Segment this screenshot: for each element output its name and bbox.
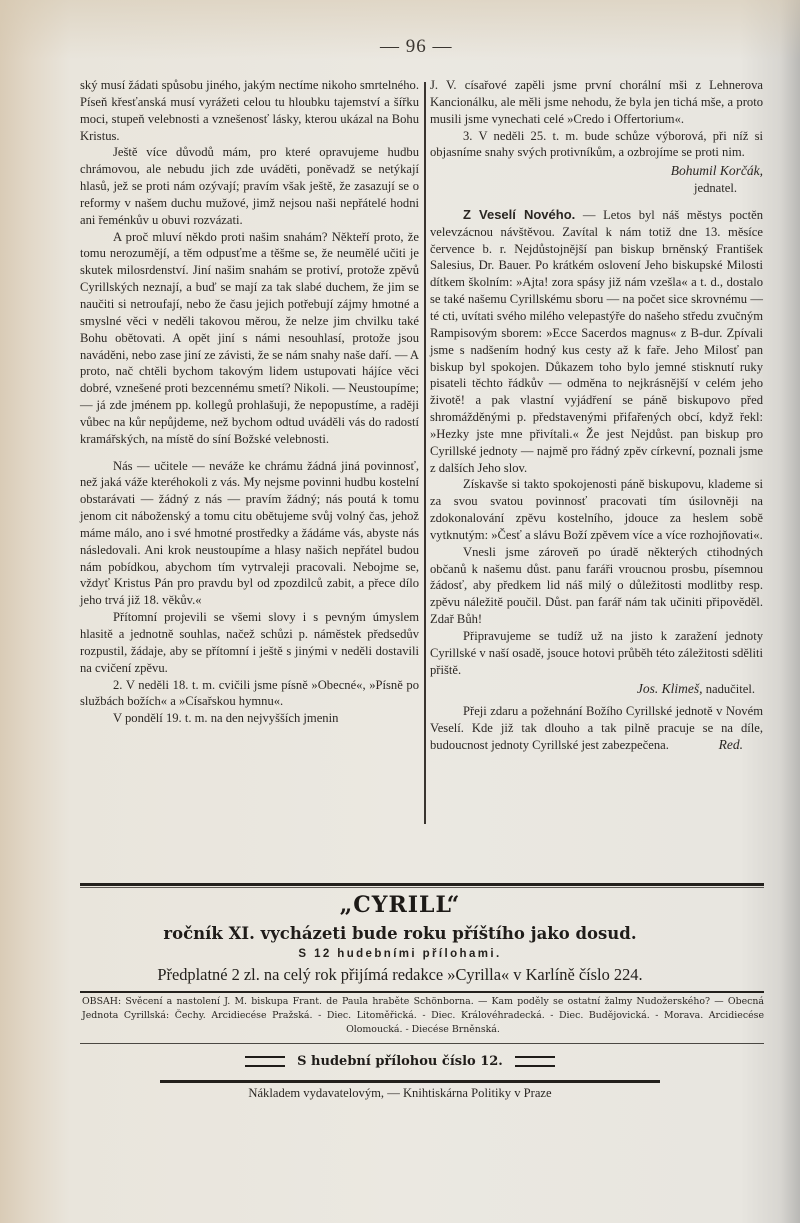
separator-rule <box>80 1043 764 1044</box>
separator-rule <box>80 883 764 886</box>
section-text: — Letos byl náš městys poctěn velevzácno… <box>430 208 763 475</box>
paragraph: J. V. císařové zapěli jsme první choráln… <box>430 77 763 128</box>
subscription-info: Předplatné 2 zl. na celý rok přijímá red… <box>0 965 800 985</box>
section-paragraph: Z Veselí Nového. — Letos byl náš městys … <box>430 207 763 477</box>
right-column: J. V. císařové zapěli jsme první choráln… <box>430 77 763 754</box>
signature-klimes: Jos. Klimeš, nadučitel. <box>430 681 763 698</box>
left-column: ský musí žádati spůsobu jiného, jakým ne… <box>80 77 419 727</box>
signature-name: Jos. Klimeš, <box>637 681 703 696</box>
section-title: Z Veselí Nového. <box>463 207 575 222</box>
paragraph: 3. V neděli 25. t. m. bude schůze výboro… <box>430 128 763 162</box>
paragraph: Přítomní projevili se všemi slovy i s pe… <box>80 609 419 676</box>
double-line-ornament <box>515 1056 555 1067</box>
separator-rule <box>160 1080 660 1083</box>
supplement-text: S hudební přílohou číslo 12. <box>297 1054 503 1069</box>
signature-role: nadučitel. <box>706 682 755 696</box>
paragraph: V pondělí 19. t. m. na den nejvyšších jm… <box>80 710 419 727</box>
signature-name: Bohumil Korčák, <box>430 163 763 180</box>
imprint: Nákladem vydavatelovým, — Knihtiskárna P… <box>0 1086 800 1101</box>
paragraph: Nás — učitele — neváže ke chrámu žádná j… <box>80 458 419 610</box>
announcement-title: „CYRILL“ <box>0 892 800 918</box>
column-divider <box>424 82 426 824</box>
separator-rule <box>80 991 764 993</box>
closing-signature: Red. <box>686 737 763 754</box>
double-line-ornament <box>245 1056 285 1067</box>
paragraph: Ještě více důvodů mám, pro které opravuj… <box>80 144 419 228</box>
separator-rule <box>80 887 764 888</box>
page-number: — 96 — <box>380 36 470 58</box>
closing-paragraph: Přeji zdaru a požehnání Božího Cyrillské… <box>430 703 763 754</box>
announcement-subline: S 12 hudebními přílohami. <box>0 948 800 960</box>
signature-role: jednatel. <box>430 180 763 197</box>
supplement-notice: S hudební přílohou číslo 12. <box>0 1054 800 1069</box>
paragraph: Získavše si takto spokojenosti páně bisk… <box>430 476 763 543</box>
signature-korcak: Bohumil Korčák, jednatel. <box>430 163 763 197</box>
paragraph: Připravujeme se tudíž už na jisto k zara… <box>430 628 763 679</box>
paragraph: Vnesli jsme zároveň po úradě některých c… <box>430 544 763 628</box>
paragraph: ský musí žádati spůsobu jiného, jakým ne… <box>80 77 419 144</box>
paragraph: A proč mluví někdo proti našim snahám? N… <box>80 229 419 448</box>
table-of-contents: OBSAH: Svěcení a nastolení J. M. biskupa… <box>82 995 764 1037</box>
announcement-line: ročník XI. vycházeti bude roku příštího … <box>0 924 800 943</box>
paragraph: 2. V neděli 18. t. m. cvičili jsme písně… <box>80 677 419 711</box>
